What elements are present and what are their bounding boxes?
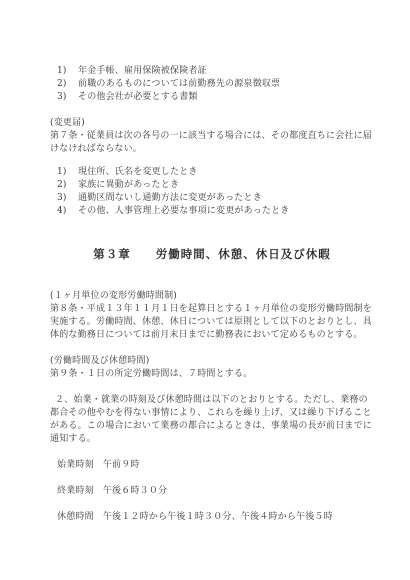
schedule-value: 午前９時 bbox=[103, 459, 140, 472]
item-text: 年金手帳、雇用保険被保険者証 bbox=[78, 65, 374, 78]
list-item: 4) その他、人事管理上必要な事項に変更があったとき bbox=[50, 205, 374, 218]
schedule-row-end-time: 終業時刻 午後６時３０分 bbox=[50, 485, 374, 498]
required-documents-list: 1) 年金手帳、雇用保険被保険者証 2) 前職のあるものについては前勤務先の源泉… bbox=[50, 65, 374, 104]
document-page: 1) 年金手帳、雇用保険被保険者証 2) 前職のあるものについては前勤務先の源泉… bbox=[0, 0, 410, 580]
list-item: 1) 現住所、氏名を変更したとき bbox=[50, 166, 374, 179]
article-9-text: 第９条・１日の所定労働時間は、７時間とする。 bbox=[50, 368, 374, 381]
schedule-label: 始業時刻 bbox=[57, 459, 94, 472]
schedule-value: 午後１２時から午後１時３０分、午後４時から午後５時 bbox=[103, 511, 333, 524]
article-9-paragraph-2: ２、始業・就業の時刻及び休憩時間は以下のとおりとする。ただし、業務の都合その他や… bbox=[50, 394, 374, 446]
item-text: 前職のあるものについては前勤務先の源泉徴収票 bbox=[78, 78, 374, 91]
list-item: 3) その他会社が必要とする書類 bbox=[50, 91, 374, 104]
list-item: 3) 通勤区間ないし通勤方法に変更があったとき bbox=[50, 192, 374, 205]
item-number: 4) bbox=[57, 205, 78, 218]
document-content: 1) 年金手帳、雇用保険被保険者証 2) 前職のあるものについては前勤務先の源泉… bbox=[50, 65, 374, 524]
item-number: 1) bbox=[57, 166, 78, 179]
item-text: 家族に異動があったとき bbox=[78, 179, 374, 192]
schedule-row-start-time: 始業時刻 午前９時 bbox=[50, 459, 374, 472]
article-8-text: 第８条・平成１３年１１月１日を起算日とする１ヶ月単位の変形労働時間制を実施する。… bbox=[50, 303, 374, 342]
article-7-text: 第７条・従業員は次の各号の一に該当する場合には、その都度直ちに会社に届けなければ… bbox=[50, 130, 374, 156]
item-number: 3) bbox=[57, 192, 78, 205]
item-text: その他、人事管理上必要な事項に変更があったとき bbox=[78, 205, 374, 218]
schedule-label: 終業時刻 bbox=[57, 485, 94, 498]
item-number: 2) bbox=[57, 78, 78, 91]
change-events-list: 1) 現住所、氏名を変更したとき 2) 家族に異動があったとき 3) 通勤区間な… bbox=[50, 166, 374, 218]
chapter-3-heading: 第３章 労働時間、休憩、休日及び休暇 bbox=[50, 246, 374, 262]
item-text: 通勤区間ないし通勤方法に変更があったとき bbox=[78, 192, 374, 205]
list-item: 2) 前職のあるものについては前勤務先の源泉徴収票 bbox=[50, 78, 374, 91]
item-text: その他会社が必要とする書類 bbox=[78, 91, 374, 104]
change-notice-label: (変更届) bbox=[50, 117, 374, 130]
monthly-system-label: (１ヶ月単位の変形労働時間制) bbox=[50, 290, 374, 303]
list-item: 2) 家族に異動があったとき bbox=[50, 179, 374, 192]
schedule-label: 休憩時間 bbox=[57, 511, 94, 524]
item-text: 現住所、氏名を変更したとき bbox=[78, 166, 374, 179]
schedule-row-break-time: 休憩時間 午後１２時から午後１時３０分、午後４時から午後５時 bbox=[50, 511, 374, 524]
item-number: 3) bbox=[57, 91, 78, 104]
schedule-value: 午後６時３０分 bbox=[103, 485, 167, 498]
working-hours-label: (労働時間及び休憩時間) bbox=[50, 355, 374, 368]
item-number: 2) bbox=[57, 179, 78, 192]
item-number: 1) bbox=[57, 65, 78, 78]
list-item: 1) 年金手帳、雇用保険被保険者証 bbox=[50, 65, 374, 78]
